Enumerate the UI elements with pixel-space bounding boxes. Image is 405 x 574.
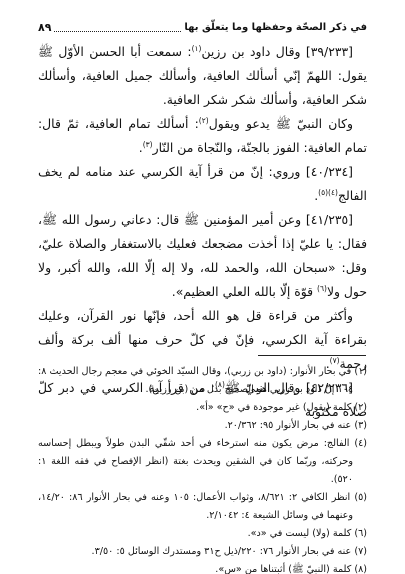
chapter-title: في ذكر الصحّة وحفظها وما يتعلّق بها (184, 20, 367, 36)
footnote-1: (١) في بحار الأنوار: (داود بن زربي)، وقا… (38, 363, 367, 399)
footnotes: (١) في بحار الأنوار: (داود بن زربي)، وقا… (38, 363, 367, 574)
footnote-5: (٥) انظر الكافي ٢: ٨/٦٢١، وثواب الأعمال:… (38, 489, 367, 525)
footnote-ref[interactable]: (٣) (143, 140, 153, 149)
paragraph-prophet-dua: وكان النبيّ ﷺ يدعو ويقول(٢): أسألك تمام … (38, 112, 367, 160)
footnote-mark: (٥) (354, 492, 367, 503)
paragraph-text: قوّة إلّا بالله العلي العظيم». (172, 284, 317, 299)
hadith-number: [٣٩/٢٣٣] (306, 44, 353, 59)
footnote-text: عنه في بحار الأنوار ٩٥: ٢٠/٣٦٢. (225, 420, 352, 431)
paragraph-hadith-234: [٤٠/٢٣٤] وروي: إنّ من قرأ آية الكرسي عند… (38, 160, 367, 208)
hadith-number: [٤١/٢٣٥] (306, 212, 353, 227)
dotted-leader (54, 30, 181, 32)
paragraph-hadith-233: [٣٩/٢٣٣] وقال داود بن رزين(١): سمعت أبا … (38, 40, 367, 112)
footnote-mark: (٢) (354, 402, 367, 413)
footnote-2: (٢) كلمة (يقول) غير موجودة في «ح» «أ». (38, 399, 367, 417)
footnote-ref[interactable]: (١) (192, 44, 202, 53)
footnote-text: انظر الكافي ٢: ٨/٦٢١، وثواب الأعمال: ١٠٥… (38, 492, 353, 521)
footnote-mark: (٣) (354, 420, 367, 431)
footnote-mark: (١) (354, 366, 367, 377)
page-number: ٨٩ (38, 20, 51, 36)
footnote-mark: (٤) (354, 438, 367, 449)
footnote-text: كلمة (يقول) غير موجودة في «ح» «أ». (196, 402, 351, 413)
footnote-text: كلمة (ولا) ليست في «د». (248, 528, 352, 539)
footnote-separator (258, 355, 366, 356)
footnote-ref[interactable]: (٢) (199, 116, 209, 125)
paragraph-text: وأكثر من قراءة قل هو الله أحد، فإنّها نو… (38, 308, 367, 371)
footnote-mark: (٦) (354, 528, 367, 539)
paragraph-text: وقال داود بن رزين (201, 44, 305, 59)
footnote-4: (٤) الفالج: مرض يكون منه استرخاء في أحد … (38, 435, 367, 489)
footnote-3: (٣) عنه في بحار الأنوار ٩٥: ٢٠/٣٦٢. (38, 417, 367, 435)
footnote-ref[interactable]: (٤)(٥) (318, 188, 338, 197)
footnote-text: الفالج: مرض يكون منه استرخاء في أحد شقّي… (38, 438, 353, 485)
footnote-8: (٨) كلمة (النبيّ ﷺ) أثبتناها من «س». (38, 561, 367, 574)
footnote-ref[interactable]: (٦) (317, 284, 327, 293)
footnote-6: (٦) كلمة (ولا) ليست في «د». (38, 525, 367, 543)
book-page: في ذكر الصحّة وحفظها وما يتعلّق بها ٨٩ [… (0, 0, 405, 574)
footnote-7: (٧) عنه في بحار الأنوار ٧٦: ٢٢٠/ذيل ح٣١ … (38, 543, 367, 561)
footnote-mark: (٨) (354, 564, 367, 574)
running-header: في ذكر الصحّة وحفظها وما يتعلّق بها ٨٩ (38, 20, 367, 36)
footnote-text: عنه في بحار الأنوار ٧٦: ٢٢٠/ذيل ح٣١ ومست… (92, 546, 352, 557)
footnote-text: كلمة (النبيّ ﷺ) أثبتناها من «س». (215, 564, 351, 574)
footnote-text: في بحار الأنوار: (داود بن زربي)، وقال ال… (38, 366, 353, 395)
paragraph-hadith-235: [٤١/٢٣٥] وعن أمير المؤمنين ﷺ قال: دعاني … (38, 208, 367, 304)
hadith-number: [٤٠/٢٣٤] (306, 164, 353, 179)
paragraph-text: وكان النبيّ ﷺ يدعو ويقول (209, 116, 353, 131)
footnote-mark: (٧) (354, 546, 367, 557)
